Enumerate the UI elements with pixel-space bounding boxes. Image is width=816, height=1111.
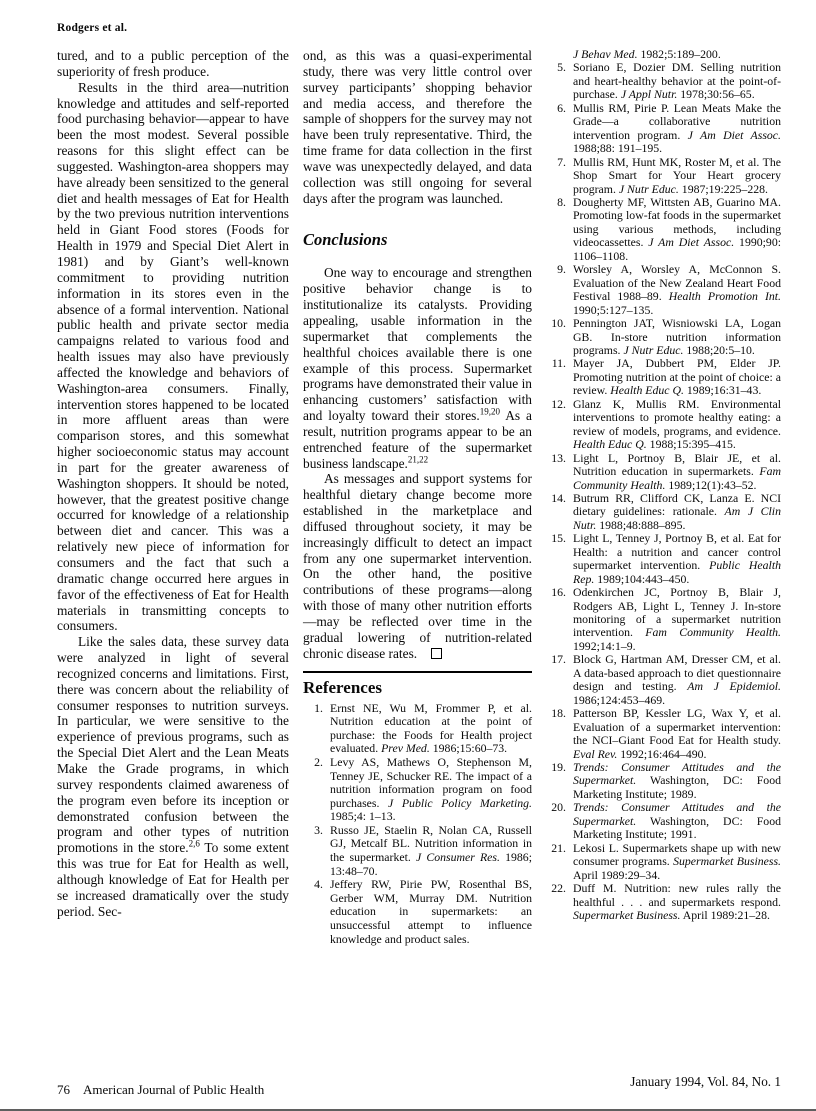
text-segment: April 1989:29–34. (573, 868, 660, 882)
text-segment: 1987;19:225–228. (679, 182, 768, 196)
text-segment: 1990;5:127–135. (573, 303, 653, 317)
journal-title-text: Prev Med. (381, 741, 430, 755)
reference-number: 6. (546, 102, 566, 115)
text-segment: ond, as this was a quasi-experimental st… (303, 48, 532, 206)
reference-number: 11. (546, 357, 566, 370)
reference-list-part1: 1.Ernst NE, Wu M, Frommer P, et al. Nutr… (303, 702, 532, 947)
reference-number: 5. (546, 61, 566, 74)
reference-item: 17.Block G, Hartman AM, Dresser CM, et a… (546, 653, 781, 707)
reference-item: 12.Glanz K, Mullis RM. Environmental int… (546, 398, 781, 452)
text-segment: 1986;15:60–73. (430, 741, 507, 755)
text-segment: 1988;15:395–415. (647, 437, 736, 451)
text-segment: 1986;124:453–469. (573, 693, 665, 707)
journal-title-text: J Consumer Res. (416, 850, 500, 864)
reference-number: 10. (546, 317, 566, 330)
column-3: J Behav Med. 1982;5:189–200.5.Soriano E,… (546, 48, 781, 922)
reference-item: 7.Mullis RM, Hunt MK, Roster M, et al. T… (546, 156, 781, 196)
journal-title-text: J Public Policy Marketing. (388, 796, 532, 810)
text-segment: Glanz K, Mullis RM. Environmental interv… (573, 397, 781, 438)
reference-item: 8.Dougherty MF, Wittsten AB, Guarino MA.… (546, 196, 781, 263)
paragraph: Results in the third area—nutrition know… (57, 80, 289, 635)
paragraph: One way to encourage and strengthen posi… (303, 265, 532, 471)
reference-item: 5.Soriano E, Dozier DM. Selling nutritio… (546, 61, 781, 101)
text-segment: 1992;16:464–490. (617, 747, 706, 761)
journal-name: American Journal of Public Health (83, 1082, 264, 1097)
journal-title-text: Eval Rev. (573, 747, 617, 761)
reference-item: 6.Mullis RM, Pirie P. Lean Meats Make th… (546, 102, 781, 156)
text-segment: Jeffery RW, Pirie PW, Rosenthal BS, Gerb… (330, 877, 532, 945)
journal-title-text: Fam Community Health. (645, 625, 781, 639)
paragraph: As messages and support systems for heal… (303, 471, 532, 661)
journal-title-text: J Appl Nutr. (621, 87, 677, 101)
journal-title-text: J Behav Med. (573, 47, 638, 61)
text-segment: April 1989:21–28. (680, 908, 769, 922)
text-segment: 1992;14:1–9. (573, 639, 636, 653)
end-of-article-box-icon (431, 648, 442, 659)
reference-number: 18. (546, 707, 566, 720)
journal-page: Rodgers et al. tured, and to a public pe… (0, 0, 816, 1111)
text-segment: Light L, Portnoy B, Blair JE, et al. Nut… (573, 451, 781, 478)
text-segment: 1989;104:443–450. (594, 572, 689, 586)
reference-list-part2: J Behav Med. 1982;5:189–200.5.Soriano E,… (546, 48, 781, 922)
column-1: tured, and to a public perception of the… (57, 48, 289, 919)
conclusions-heading: Conclusions (303, 230, 532, 250)
journal-title-text: J Am Diet Assoc. (688, 128, 781, 142)
reference-number: 7. (546, 156, 566, 169)
paragraph: tured, and to a public perception of the… (57, 48, 289, 80)
reference-number: 1. (303, 702, 323, 716)
reference-item: 13.Light L, Portnoy B, Blair JE, et al. … (546, 452, 781, 492)
column-2-body-text: ond, as this was a quasi-experimental st… (303, 48, 532, 206)
text-segment: 1989;16:31–43. (684, 383, 761, 397)
reference-item: 1.Ernst NE, Wu M, Frommer P, et al. Nutr… (303, 702, 532, 756)
text-segment: 2,6 (189, 839, 200, 849)
reference-item: 14.Butrum RR, Clifford CK, Lanza E. NCI … (546, 492, 781, 532)
reference-number: 8. (546, 196, 566, 209)
text-segment: Results in the third area—nutrition know… (57, 80, 289, 634)
reference-item: 10.Pennington JAT, Wisniowski LA, Logan … (546, 317, 781, 357)
references-heading: References (303, 678, 532, 698)
page-number: 76 (57, 1082, 70, 1097)
reference-number: 3. (303, 824, 323, 838)
journal-title-text: J Nutr Educ. (619, 182, 679, 196)
reference-item: 3.Russo JE, Staelin R, Nolan CA, Russell… (303, 824, 532, 878)
text-segment: 1978;30:56–65. (677, 87, 754, 101)
text-segment: tured, and to a public perception of the… (57, 48, 289, 79)
journal-title-text: Supermarket Business. (573, 908, 680, 922)
reference-item: 15.Light L, Tenney J, Portnoy B, et al. … (546, 532, 781, 586)
text-segment: As messages and support systems for heal… (303, 471, 532, 660)
reference-item: 22.Duff M. Nutrition: new rules rally th… (546, 882, 781, 922)
reference-number: 19. (546, 761, 566, 774)
running-head: Rodgers et al. (57, 22, 127, 34)
text-segment: One way to encourage and strengthen posi… (303, 265, 532, 423)
paragraph: Like the sales data, these survey data w… (57, 634, 289, 919)
issue-info: January 1994, Vol. 84, No. 1 (630, 1074, 781, 1090)
text-segment: 1989;12(1):43–52. (665, 478, 756, 492)
conclusions-text: One way to encourage and strengthen posi… (303, 265, 532, 661)
reference-item: 19.Trends: Consumer Attitudes and the Su… (546, 761, 781, 801)
reference-item: 11.Mayer JA, Dubbert PM, Elder JP. Promo… (546, 357, 781, 397)
reference-item: 21.Lekosi L. Supermarkets shape up with … (546, 842, 781, 882)
reference-number: 9. (546, 263, 566, 276)
text-segment: 19,20 (480, 407, 500, 417)
journal-title-text: J Am Diet Assoc. (648, 235, 734, 249)
paragraph: ond, as this was a quasi-experimental st… (303, 48, 532, 206)
reference-number: 2. (303, 756, 323, 770)
reference-number: 13. (546, 452, 566, 465)
reference-number: 20. (546, 801, 566, 814)
reference-item: 2.Levy AS, Mathews O, Stephenson M, Tenn… (303, 756, 532, 824)
reference-item: 18.Patterson BP, Kessler LG, Wax Y, et a… (546, 707, 781, 761)
text-segment: Like the sales data, these survey data w… (57, 634, 289, 855)
reference-number: 17. (546, 653, 566, 666)
journal-title-text: Health Educ Q. (610, 383, 684, 397)
reference-item: 20.Trends: Consumer Attitudes and the Su… (546, 801, 781, 841)
journal-title-text: J Nutr Educ. (623, 343, 683, 357)
journal-title-text: Health Educ Q. (573, 437, 647, 451)
references-divider (303, 671, 532, 673)
text-segment: 1988;48:888–895. (596, 518, 685, 532)
text-segment: 1982;5:189–200. (638, 47, 721, 61)
reference-item: 9.Worsley A, Worsley A, McConnon S. Eval… (546, 263, 781, 317)
reference-number: 21. (546, 842, 566, 855)
text-segment: 1988;20:5–10. (683, 343, 754, 357)
reference-number: 14. (546, 492, 566, 505)
reference-number: 4. (303, 878, 323, 892)
reference-item: 4.Jeffery RW, Pirie PW, Rosenthal BS, Ge… (303, 878, 532, 946)
text-segment: 1985;4: 1–13. (330, 809, 396, 823)
reference-number: 12. (546, 398, 566, 411)
journal-title-text: Supermarket Business. (673, 854, 781, 868)
column-2: ond, as this was a quasi-experimental st… (303, 48, 532, 946)
text-segment: 21,22 (408, 454, 428, 464)
text-segment: 1988;88: 191–195. (573, 141, 662, 155)
journal-title-text: Am J Epidemiol. (687, 679, 781, 693)
reference-number: 22. (546, 882, 566, 895)
journal-title-text: Health Promotion Int. (669, 289, 781, 303)
footer-left: 76American Journal of Public Health (57, 1082, 264, 1098)
text-segment: Duff M. Nutrition: new rules rally the h… (573, 881, 781, 908)
reference-item: J Behav Med. 1982;5:189–200. (546, 48, 781, 61)
reference-number: 15. (546, 532, 566, 545)
reference-number: 16. (546, 586, 566, 599)
text-segment: Patterson BP, Kessler LG, Wax Y, et al. … (573, 706, 781, 747)
reference-item: 16.Odenkirchen JC, Portnoy B, Blair J, R… (546, 586, 781, 653)
